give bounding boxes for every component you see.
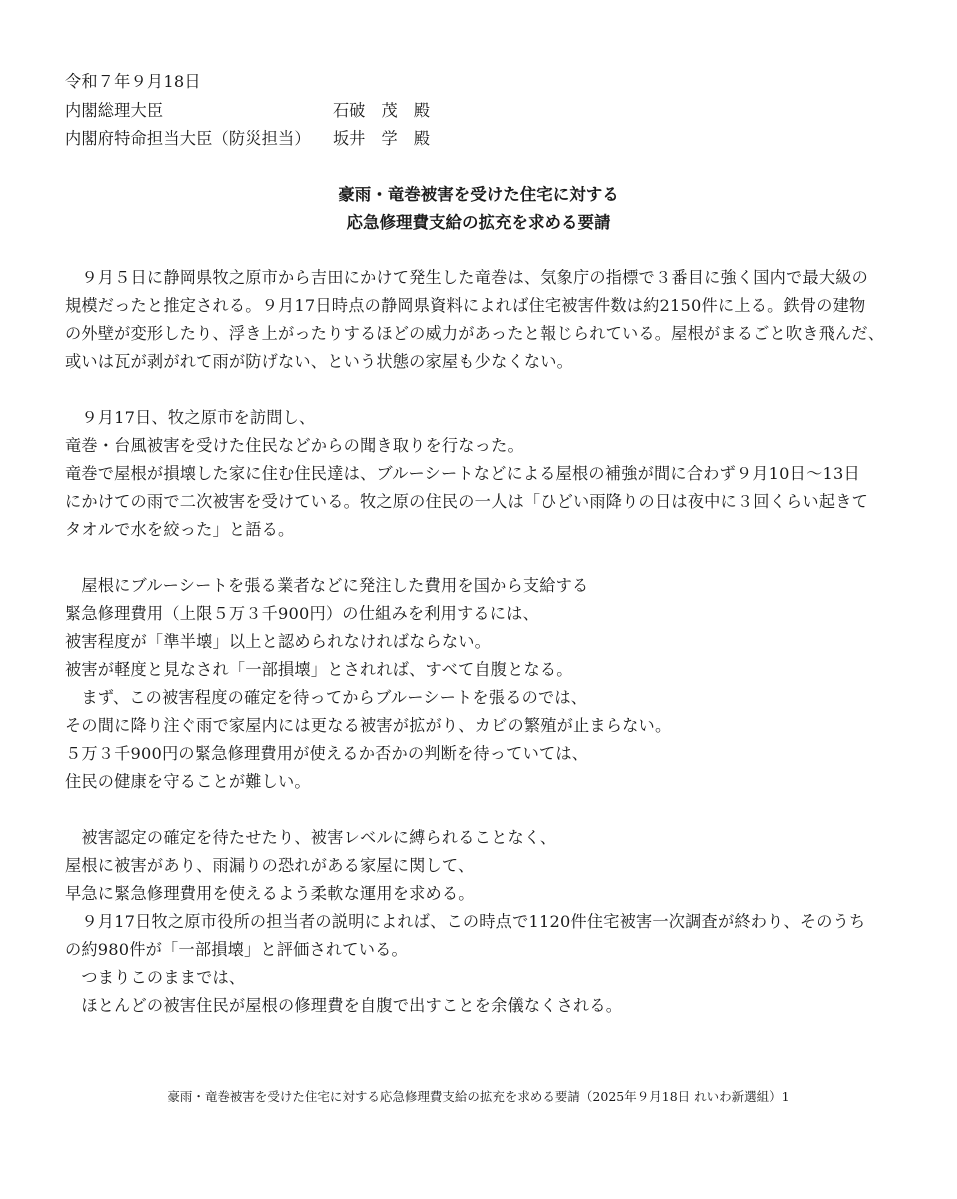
paragraph-line: 竜巻で屋根が損壊した家に住む住民達は、ブルーシートなどによる屋根の補強が間に合わ… (65, 464, 860, 484)
addressee-name-pm: 石破 茂 殿 (333, 101, 430, 121)
paragraph-line: 竜巻・台風被害を受けた住民などからの聞き取りを行なった。 (65, 436, 524, 456)
document-title-line1: 豪雨・竜巻被害を受けた住宅に対する (0, 185, 957, 205)
paragraph-line: 被害程度が「準半壊」以上と認められなければならない。 (65, 632, 491, 652)
paragraph-line: にかけての雨で二次被害を受けている。牧之原の住民の一人は「ひどい雨降りの日は夜中… (65, 492, 868, 512)
page-footer: 豪雨・竜巻被害を受けた住宅に対する応急修理費支給の拡充を求める要請（2025年９… (0, 1089, 957, 1105)
paragraph-line: まず、この被害程度の確定を待ってからブルーシートを張るのでは、 (65, 688, 587, 708)
paragraph-line: ほとんどの被害住民が屋根の修理費を自腹で出すことを余儀なくされる。 (65, 996, 622, 1016)
paragraph-line: 被害が軽度と見なされ「一部損壊」とされれば、すべて自腹となる。 (65, 660, 573, 680)
date: 令和７年９月18日 (65, 72, 201, 92)
document-page: 令和７年９月18日 内閣総理大臣 石破 茂 殿 内閣府特命担当大臣（防災担当） … (0, 0, 957, 1199)
paragraph-line: 或いは瓦が剥がれて雨が防げない、という状態の家屋も少なくない。 (65, 352, 573, 372)
paragraph-line: ９月17日、牧之原市を訪問し、 (65, 408, 315, 428)
paragraph-line: の約980件が「一部損壊」と評価されている。 (65, 940, 408, 960)
paragraph-line: ５万３千900円の緊急修理費用が使えるか否かの判断を待っていては、 (65, 744, 588, 764)
paragraph-line: その間に降り注ぐ雨で家屋内には更なる被害が拡がり、カビの繁殖が止まらない。 (65, 716, 671, 736)
paragraph-line: タオルで水を絞った」と語る。 (65, 520, 294, 540)
addressee-title-pm: 内閣総理大臣 (65, 101, 163, 121)
paragraph-line: 住民の健康を守ることが難しい。 (65, 772, 311, 792)
paragraph-line: の外壁が変形したり、浮き上がったりするほどの威力があったと報じられている。屋根が… (65, 324, 884, 344)
paragraph-line: ９月17日牧之原市役所の担当者の説明によれば、この時点で1120件住宅被害一次調… (65, 912, 865, 932)
addressee-name-disaster-minister: 坂井 学 殿 (333, 129, 430, 149)
paragraph-line: つまりこのままでは、 (65, 968, 245, 988)
addressee-title-disaster-minister: 内閣府特命担当大臣（防災担当） (65, 129, 311, 149)
paragraph-line: 早急に緊急修理費用を使えるよう柔軟な運用を求める。 (65, 884, 475, 904)
paragraph-line: ９月５日に静岡県牧之原市から吉田にかけて発生した竜巻は、気象庁の指標で３番目に強… (65, 268, 868, 288)
document-title-line2: 応急修理費支給の拡充を求める要請 (0, 213, 957, 233)
paragraph-line: 規模だったと推定される。９月17日時点の静岡県資料によれば住宅被害件数は約215… (65, 296, 865, 316)
paragraph-line: 緊急修理費用（上限５万３千900円）の仕組みを利用するには、 (65, 604, 539, 624)
paragraph-line: 被害認定の確定を待たせたり、被害レベルに縛られることなく、 (65, 828, 556, 848)
paragraph-line: 屋根にブルーシートを張る業者などに発注した費用を国から支給する (65, 576, 588, 596)
paragraph-line: 屋根に被害があり、雨漏りの恐れがある家屋に関して、 (65, 856, 474, 876)
